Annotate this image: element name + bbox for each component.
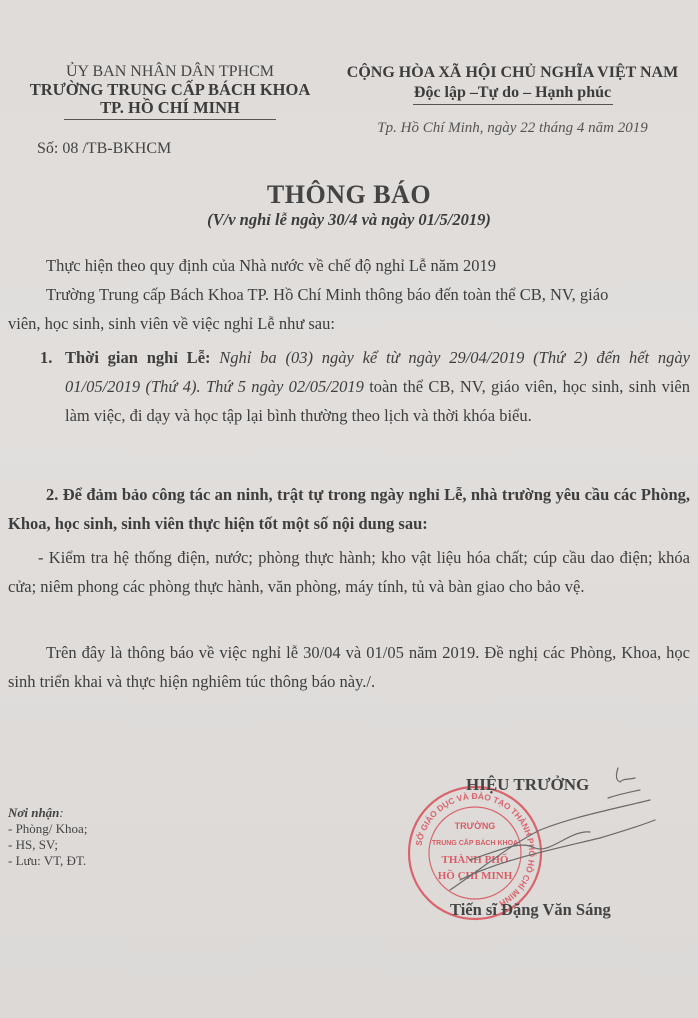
document-subtitle: (V/v nghỉ lễ ngày 30/4 và ngày 01/5/2019… xyxy=(0,210,698,230)
document-number: Số: 08 /TB-BKHCM xyxy=(37,140,171,158)
issuer-header: ỦY BAN NHÂN DÂN TPHCM TRƯỜNG TRUNG CẤP B… xyxy=(20,63,320,120)
recipient-item: - Lưu: VT, ĐT. xyxy=(8,853,87,869)
national-motto: Độc lập –Tự do – Hạnh phúc xyxy=(340,83,685,103)
recipient-item: - HS, SV; xyxy=(8,837,87,853)
handwritten-signature xyxy=(440,760,660,900)
place-date: Tp. Hồ Chí Minh, ngày 22 tháng 4 năm 201… xyxy=(340,120,685,137)
intro-paragraph: Thực hiện theo quy định của Nhà nước về … xyxy=(46,251,496,280)
signatory-name: Tiến sĩ Đặng Văn Sáng xyxy=(450,900,611,920)
item-2-detail: - Kiểm tra hệ thống điện, nước; phòng th… xyxy=(8,543,690,601)
recipients-heading: Nơi nhận xyxy=(8,805,59,820)
nation-name: CỘNG HÒA XÃ HỘI CHỦ NGHĨA VIỆT NAM xyxy=(340,63,685,83)
document-title: THÔNG BÁO xyxy=(0,180,698,210)
closing-paragraph: Trên đây là thông báo về việc nghỉ lễ 30… xyxy=(8,638,690,696)
item-2: 2. Để đảm bảo công tác an ninh, trật tự … xyxy=(8,480,690,538)
header-divider xyxy=(64,119,276,120)
national-header: CỘNG HÒA XÃ HỘI CHỦ NGHĨA VIỆT NAM Độc l… xyxy=(340,63,685,105)
announce-paragraph: Trường Trung cấp Bách Khoa TP. Hồ Chí Mi… xyxy=(46,280,686,309)
item-1-number: 1. xyxy=(40,343,52,372)
school-name: TRƯỜNG TRUNG CẤP BÁCH KHOA xyxy=(20,81,320,99)
recipient-item: - Phòng/ Khoa; xyxy=(8,821,87,837)
motto-divider xyxy=(413,104,613,105)
item-1: 1. Thời gian nghỉ Lễ: Nghỉ ba (03) ngày … xyxy=(40,343,690,430)
authority-name: ỦY BAN NHÂN DÂN TPHCM xyxy=(20,63,320,81)
recipients-block: Nơi nhận: - Phòng/ Khoa; - HS, SV; - Lưu… xyxy=(8,805,87,869)
item-1-label: Thời gian nghỉ Lễ: xyxy=(65,348,211,367)
announce-paragraph-cont: viên, học sinh, sinh viên về việc nghỉ L… xyxy=(8,309,335,338)
school-city: TP. HỒ CHÍ MINH xyxy=(20,99,320,117)
